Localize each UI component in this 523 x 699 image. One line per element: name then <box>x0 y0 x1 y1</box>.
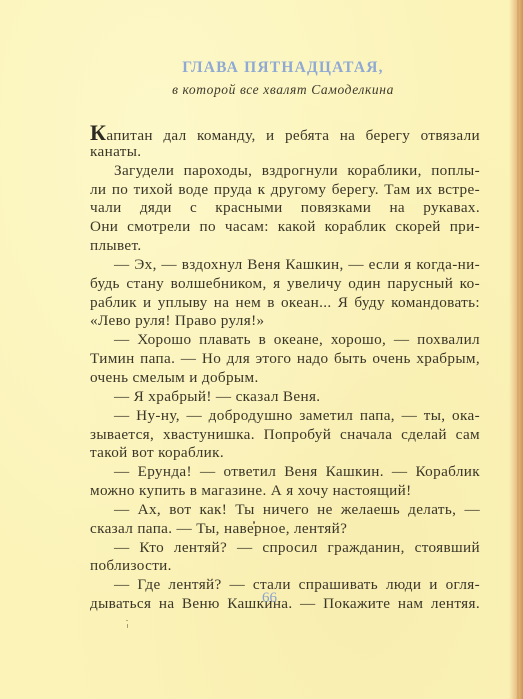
page-number: 66 <box>262 590 277 607</box>
paper-speck <box>126 620 128 621</box>
text-line: дываться на Веню Кашкина. — Покажите нам… <box>90 595 480 614</box>
text-line: — Ерунда! — ответил Веня Кашкин. — Кораб… <box>90 463 480 482</box>
text-line: — Ах, вот как! Ты ничего не желаешь дела… <box>90 501 480 520</box>
text-line: Загудели пароходы, вздрогнули кораблики,… <box>90 162 480 181</box>
text-line: — Ну-ну, — добродушно заметил папа, — ты… <box>90 407 480 426</box>
text-line: «Лево руля! Право руля!» <box>90 312 480 331</box>
text-line: поблизости. <box>90 557 480 576</box>
text-line: — Кто лентяй? — спросил гражданин, стояв… <box>90 539 480 558</box>
text-line: — Эх, — вздохнул Веня Кашкин, — если я к… <box>90 256 480 275</box>
text-line: чали дяди с красными повязками на рукава… <box>90 199 480 218</box>
text-line: можно купить в магазине. А я хочу настоя… <box>90 482 480 501</box>
text-line: ли по тихой воде пруда к другому берегу.… <box>90 181 480 200</box>
page-edge-shadow <box>509 0 523 699</box>
chapter-subtitle: в которой все хвалят Самоделкина <box>0 82 523 98</box>
text-line: очень смелым и добрым. <box>90 369 480 388</box>
text-line: Они смотрели по часам: какой кораблик ск… <box>90 218 480 237</box>
text-line: — Где лентяй? — стали спрашивать люди и … <box>90 576 480 595</box>
book-page: ГЛАВА ПЯТНАДЦАТАЯ, в которой все хвалят … <box>0 0 523 699</box>
text-line: сказал папа. — Ты, наверное, лентяй? <box>90 520 480 539</box>
chapter-title: ГЛАВА ПЯТНАДЦАТАЯ, <box>0 59 523 77</box>
text-line: Тимин папа. — Но для этого надо быть оче… <box>90 350 480 369</box>
text-line: такой вот кораблик. <box>90 444 480 463</box>
text-line: — Я храбрый! — сказал Веня. <box>90 388 480 407</box>
text-line: Капитан дал команду, и ребята на берегу … <box>90 124 480 143</box>
text-line: плывет. <box>90 237 480 256</box>
text-line: канаты. <box>90 143 480 162</box>
body-text: Капитан дал команду, и ребята на берегу … <box>90 124 480 614</box>
text-line: зывается, хвастунишка. Попробуй сначала … <box>90 426 480 445</box>
paper-speck <box>253 521 255 524</box>
page-edge-line <box>517 0 519 699</box>
text-line: — Хорошо плавать в океане, хорошо, — пох… <box>90 331 480 350</box>
text-line: раблик и уплыву на нем в океан... Я буду… <box>90 294 480 313</box>
text-line: будь стану волшебником, я увеличу один п… <box>90 275 480 294</box>
drop-cap: К <box>90 120 106 145</box>
paper-speck <box>127 624 128 628</box>
